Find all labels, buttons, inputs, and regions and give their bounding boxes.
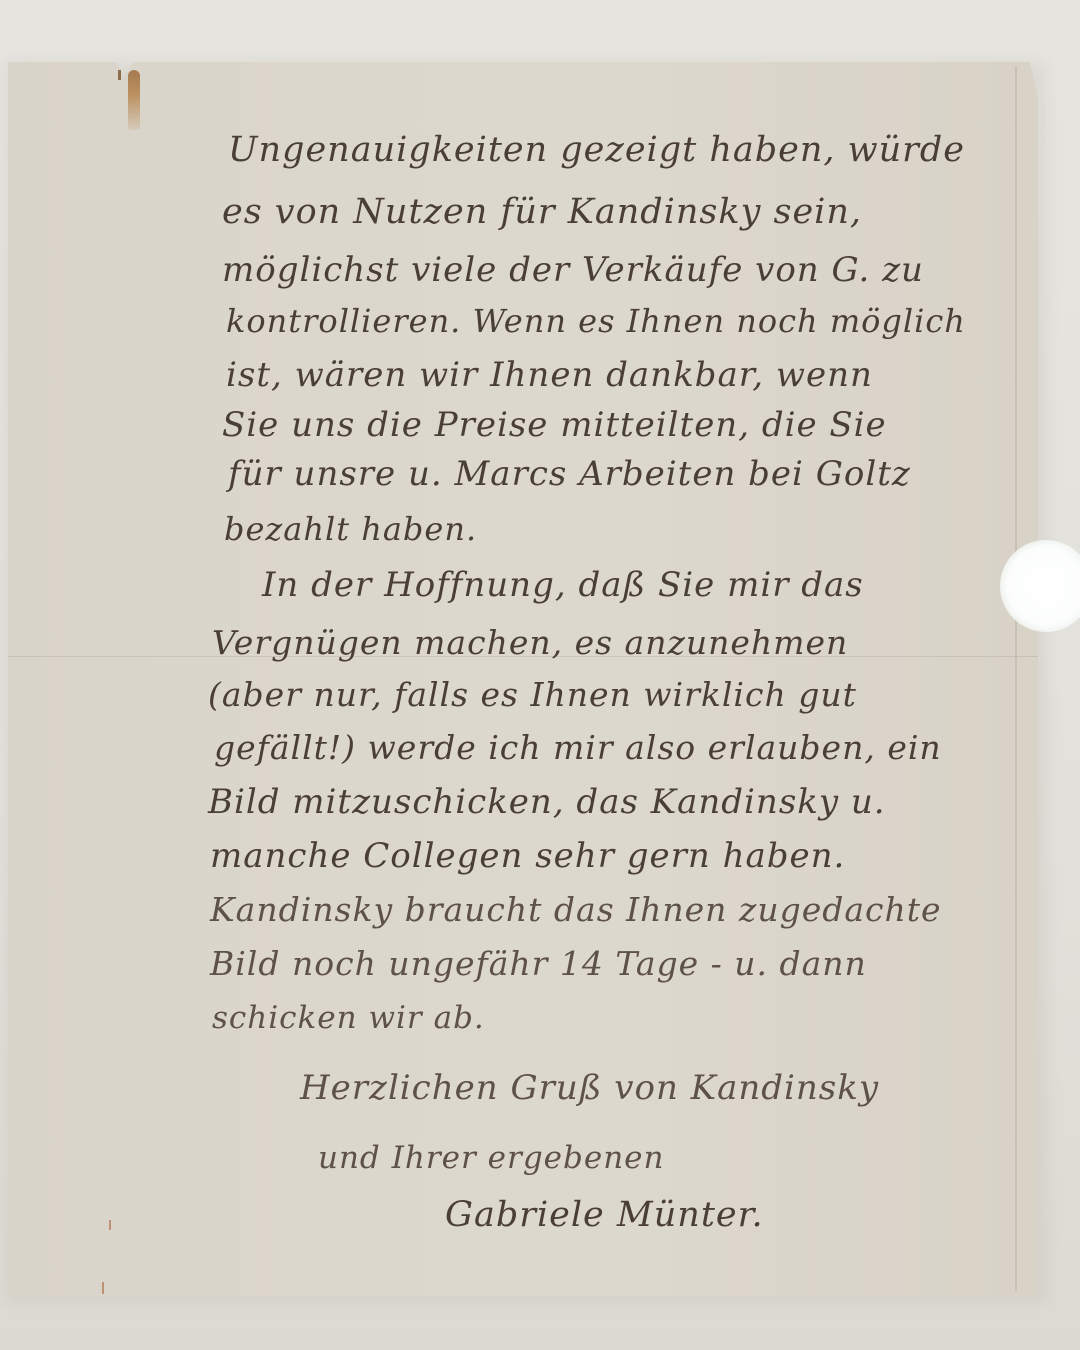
letter-line: bezahlt haben. <box>224 510 477 548</box>
letter-line: schicken wir ab. <box>212 1000 485 1036</box>
closing-greeting: Herzlichen Gruß von Kandinsky <box>300 1068 879 1108</box>
letter-body: Ungenauigkeiten gezeigt haben, würde es … <box>0 0 1080 1350</box>
letter-line: ist, wären wir Ihnen dankbar, wenn <box>226 355 873 395</box>
letter-line: (aber nur, falls es Ihnen wirklich gut <box>208 675 857 714</box>
letter-line: manche Collegen sehr gern haben. <box>210 836 845 876</box>
letter-line: kontrollieren. Wenn es Ihnen noch möglic… <box>226 302 966 340</box>
letter-line: Kandinsky braucht das Ihnen zugedachte <box>210 890 942 929</box>
letter-line: möglichst viele der Verkäufe von G. zu <box>222 250 924 290</box>
letter-line: Bild mitzuschicken, das Kandinsky u. <box>208 782 886 822</box>
closing-valediction: und Ihrer ergebenen <box>318 1140 665 1176</box>
letter-line: es von Nutzen für Kandinsky sein, <box>222 192 862 232</box>
letter-line: gefällt!) werde ich mir also erlauben, e… <box>214 728 942 767</box>
letter-line: Bild noch ungefähr 14 Tage - u. dann <box>210 944 867 983</box>
letter-line: In der Hoffnung, daß Sie mir das <box>262 565 864 605</box>
signature: Gabriele Münter. <box>445 1195 764 1235</box>
letter-line: Sie uns die Preise mitteilten, die Sie <box>222 405 887 445</box>
letter-line: für unsre u. Marcs Arbeiten bei Goltz <box>228 454 911 494</box>
letter-line: Vergnügen machen, es anzunehmen <box>212 623 848 662</box>
letter-line: Ungenauigkeiten gezeigt haben, würde <box>228 130 965 170</box>
